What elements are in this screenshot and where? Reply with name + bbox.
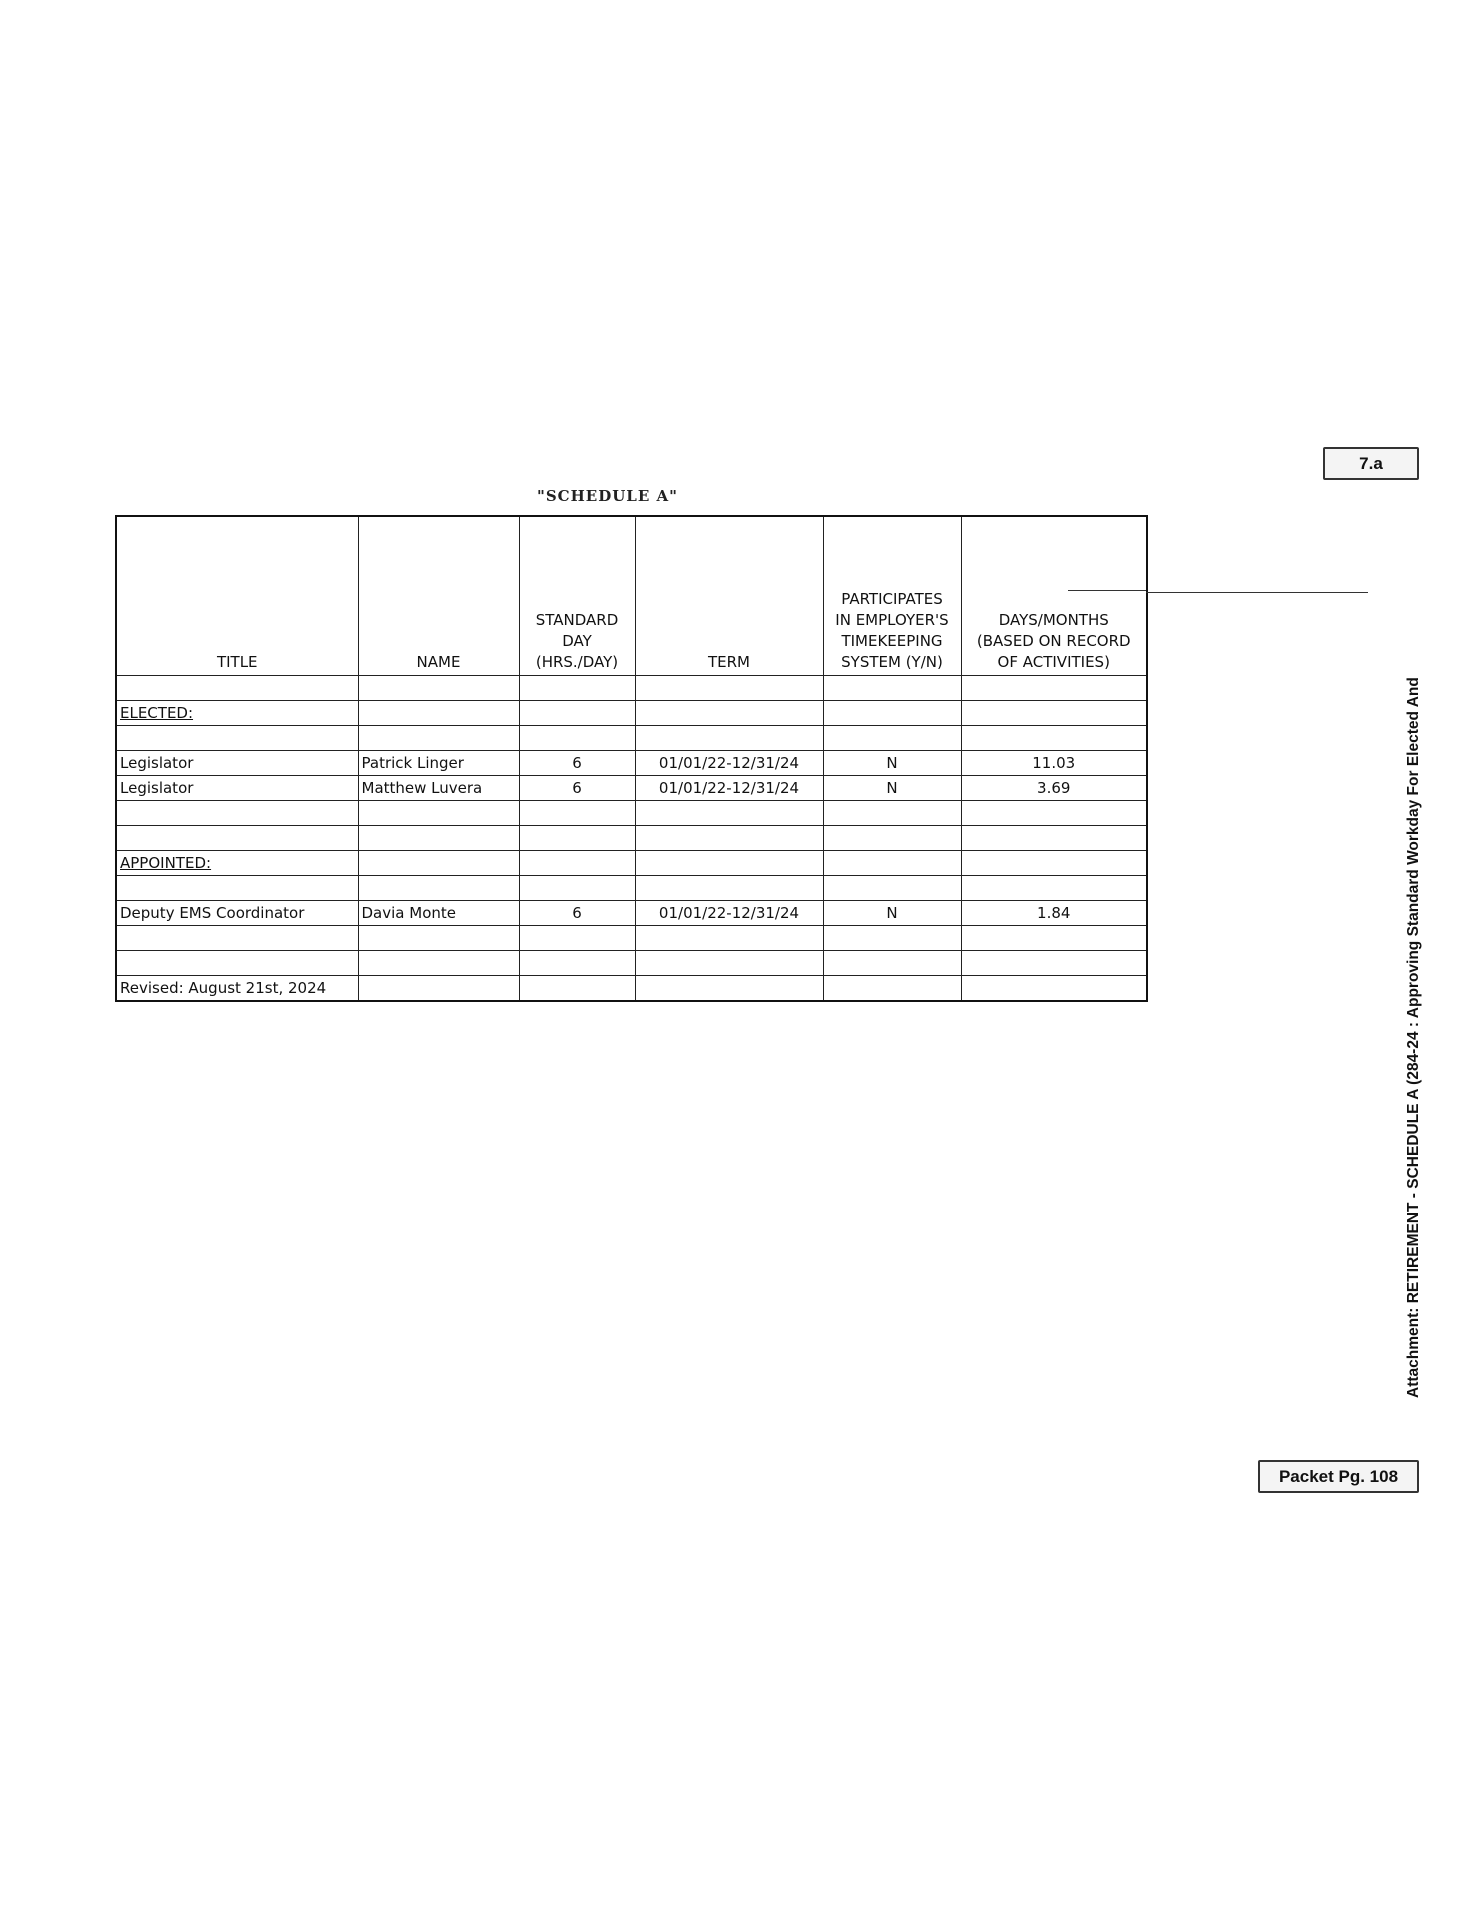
margin-rule-line bbox=[1146, 592, 1368, 593]
header-term: TERM bbox=[635, 516, 823, 676]
header-name: NAME bbox=[358, 516, 519, 676]
table-row: Deputy EMS Coordinator Davia Monte 6 01/… bbox=[116, 901, 1147, 926]
cell-standard-day: 6 bbox=[519, 776, 635, 801]
packet-page-badge: Packet Pg. 108 bbox=[1258, 1460, 1419, 1493]
header-line: IN EMPLOYER'S bbox=[827, 610, 958, 631]
table-row-blank bbox=[116, 876, 1147, 901]
table-row-blank bbox=[116, 801, 1147, 826]
table-row-blank bbox=[116, 826, 1147, 851]
table-row: Legislator Patrick Linger 6 01/01/22-12/… bbox=[116, 751, 1147, 776]
schedule-table: TITLE NAME STANDARD DAY (HRS./DAY) TERM … bbox=[115, 515, 1148, 1002]
cell-days-months: 1.84 bbox=[961, 901, 1147, 926]
cell-timekeeping: N bbox=[823, 901, 961, 926]
agenda-item-badge: 7.a bbox=[1323, 447, 1419, 480]
document-title: "SCHEDULE A" bbox=[537, 487, 678, 505]
cell-term: 01/01/22-12/31/24 bbox=[635, 751, 823, 776]
revised-note: Revised: August 21st, 2024 bbox=[116, 976, 358, 1002]
table-row-blank bbox=[116, 676, 1147, 701]
header-timekeeping: PARTICIPATES IN EMPLOYER'S TIMEKEEPING S… bbox=[823, 516, 961, 676]
cell-name: Matthew Luvera bbox=[358, 776, 519, 801]
header-line: DAY bbox=[523, 631, 632, 652]
table-header-row: TITLE NAME STANDARD DAY (HRS./DAY) TERM … bbox=[116, 516, 1147, 676]
header-line: SYSTEM (Y/N) bbox=[827, 652, 958, 673]
header-line: (HRS./DAY) bbox=[523, 652, 632, 673]
header-standard-day: STANDARD DAY (HRS./DAY) bbox=[519, 516, 635, 676]
header-line: TIMEKEEPING bbox=[827, 631, 958, 652]
section-row-appointed: APPOINTED: bbox=[116, 851, 1147, 876]
header-line: (BASED ON RECORD bbox=[965, 631, 1144, 652]
cell-title: Deputy EMS Coordinator bbox=[116, 901, 358, 926]
cell-name: Davia Monte bbox=[358, 901, 519, 926]
cell-standard-day: 6 bbox=[519, 901, 635, 926]
table-row-blank bbox=[116, 726, 1147, 751]
cell-days-months: 11.03 bbox=[961, 751, 1147, 776]
cell-title: Legislator bbox=[116, 751, 358, 776]
attachment-side-caption: Attachment: RETIREMENT - SCHEDULE A (284… bbox=[1405, 677, 1423, 1398]
header-title: TITLE bbox=[116, 516, 358, 676]
section-label-appointed: APPOINTED: bbox=[116, 851, 358, 876]
header-line: DAYS/MONTHS bbox=[965, 610, 1144, 631]
header-line: PARTICIPATES bbox=[827, 589, 958, 610]
table-row-blank bbox=[116, 926, 1147, 951]
section-row-elected: ELECTED: bbox=[116, 701, 1147, 726]
cell-title: Legislator bbox=[116, 776, 358, 801]
cell-timekeeping: N bbox=[823, 776, 961, 801]
table-row: Legislator Matthew Luvera 6 01/01/22-12/… bbox=[116, 776, 1147, 801]
header-line: STANDARD bbox=[523, 610, 632, 631]
cell-standard-day: 6 bbox=[519, 751, 635, 776]
table-row-blank bbox=[116, 951, 1147, 976]
footer-row: Revised: August 21st, 2024 bbox=[116, 976, 1147, 1002]
header-line: OF ACTIVITIES) bbox=[965, 652, 1144, 673]
cell-term: 01/01/22-12/31/24 bbox=[635, 776, 823, 801]
cell-timekeeping: N bbox=[823, 751, 961, 776]
section-label-elected: ELECTED: bbox=[116, 701, 358, 726]
cell-term: 01/01/22-12/31/24 bbox=[635, 901, 823, 926]
margin-rule-line bbox=[1068, 590, 1146, 591]
cell-name: Patrick Linger bbox=[358, 751, 519, 776]
header-days-months: DAYS/MONTHS (BASED ON RECORD OF ACTIVITI… bbox=[961, 516, 1147, 676]
cell-days-months: 3.69 bbox=[961, 776, 1147, 801]
